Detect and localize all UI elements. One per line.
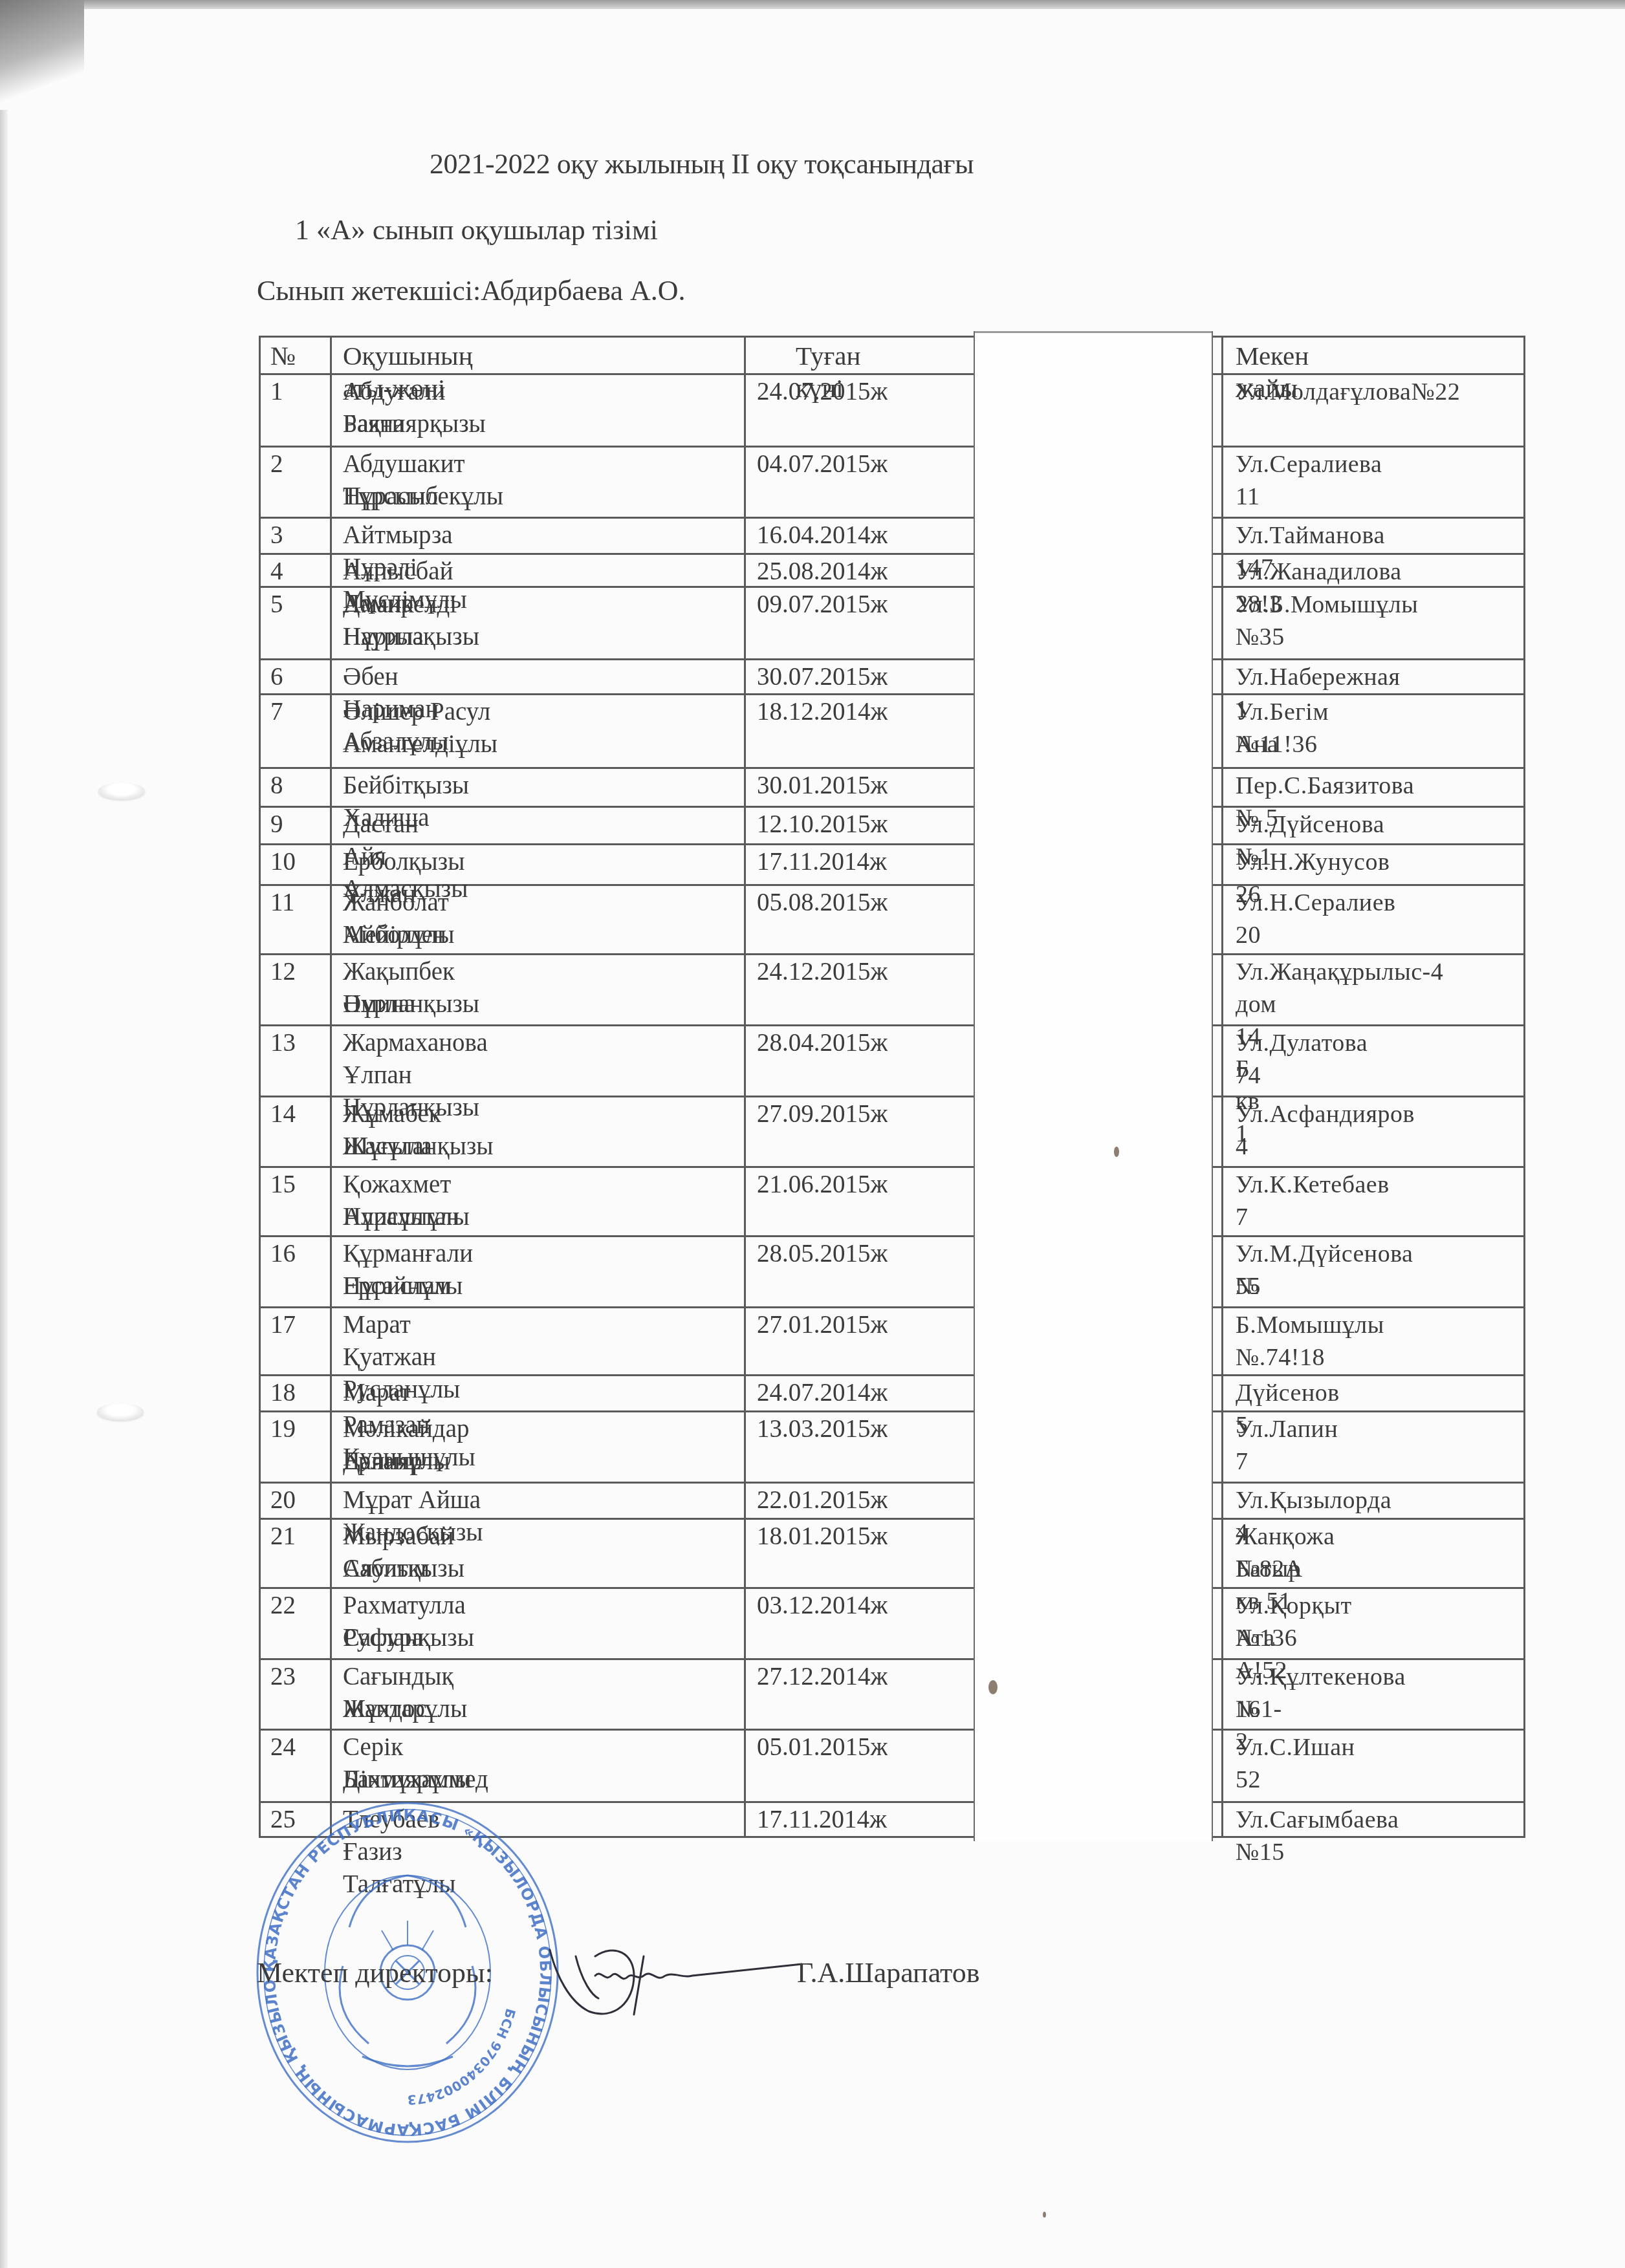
document-subtitle: 1 «А» сынып оқушылар тізімі (295, 213, 658, 246)
scan-edge-left (0, 110, 8, 2268)
row-number: 24 (270, 1731, 296, 1764)
row-number: 4 (270, 556, 283, 588)
student-name: Жасұланқызы (343, 1130, 494, 1163)
scan-speck (1043, 2212, 1046, 2218)
table-column-rule (1523, 336, 1525, 1838)
student-name: Бақтиярқызы (343, 408, 486, 440)
birth-date: 04.07.2015ж (757, 448, 888, 481)
home-address: Ул.Дулатова 74 (1236, 1027, 1368, 1092)
student-name: Наурызқызы (343, 621, 479, 653)
row-number: 21 (270, 1520, 296, 1553)
row-number: 15 (270, 1169, 296, 1201)
home-address: №11!36 (1236, 728, 1318, 761)
row-number: 13 (270, 1027, 296, 1059)
student-name: Ерсайнұлы (343, 1270, 463, 1302)
home-address: Ул.С.Ишан 52 (1236, 1731, 1355, 1796)
home-address: №.74!18 (1236, 1341, 1325, 1374)
table-header-number: № (270, 340, 296, 372)
student-name: Жармаханова (343, 1027, 488, 1059)
row-number: 14 (270, 1098, 296, 1130)
birth-date: 05.01.2015ж (757, 1731, 888, 1764)
student-name: Бахтиярұлы (343, 1764, 472, 1796)
birth-date: 16.04.2014ж (757, 519, 888, 552)
row-number: 7 (270, 696, 283, 728)
home-address: Ул.Н.Сералиев 20 (1236, 887, 1396, 951)
home-address: Ул.К.Кетебаев 7 (1236, 1169, 1390, 1233)
birth-date: 30.01.2015ж (757, 770, 888, 802)
home-address: Ул.Б.Момышұлы (1236, 589, 1418, 621)
birth-date: 18.01.2015ж (757, 1520, 888, 1553)
row-number: 11 (270, 887, 295, 919)
punch-hole (97, 1403, 144, 1420)
birth-date: 28.04.2015ж (757, 1027, 888, 1059)
row-number: 18 (270, 1377, 296, 1409)
student-name: Нұралыұлы (343, 1201, 470, 1233)
student-name: Ерланұлы (343, 1445, 450, 1478)
birth-date: 17.11.2014ж (757, 846, 887, 878)
birth-date: 25.08.2014ж (757, 556, 888, 588)
birth-date: 28.05.2015ж (757, 1238, 888, 1270)
punch-hole (98, 783, 145, 799)
home-address: Ул.Лапин 7 (1236, 1413, 1338, 1478)
signature-icon (530, 1930, 802, 2021)
birth-date: 13.03.2015ж (757, 1413, 888, 1445)
row-number: 3 (270, 519, 283, 552)
row-number: 19 (270, 1413, 296, 1445)
birth-date: 27.01.2015ж (757, 1309, 888, 1341)
class-teacher: Сынып жетекшісі:Абдирбаева А.О. (257, 274, 686, 307)
student-name: Айболұлы (343, 919, 455, 951)
student-name: Нұрланқызы (343, 988, 479, 1021)
birth-date: 24.12.2015ж (757, 956, 888, 988)
birth-date: 27.09.2015ж (757, 1098, 888, 1130)
row-number: 23 (270, 1661, 296, 1693)
birth-date: 18.12.2014ж (757, 696, 888, 728)
birth-date: 21.06.2015ж (757, 1169, 888, 1201)
folded-corner (0, 0, 84, 116)
home-address: Ул.М.Дүйсенова № (1236, 1238, 1413, 1302)
row-number: 16 (270, 1238, 296, 1270)
student-name: Мұхтарұлы (343, 1693, 467, 1725)
home-address: Ул.Сералиева 11 (1236, 448, 1382, 513)
row-number: 10 (270, 846, 296, 878)
student-name: Сабитқызы (343, 1553, 464, 1585)
home-address: Ул.Молдағұлова№22 (1236, 376, 1460, 408)
scan-speck (1114, 1147, 1119, 1157)
birth-date: 03.12.2014ж (757, 1590, 888, 1622)
row-number: 22 (270, 1590, 296, 1622)
scan-speck (988, 1680, 998, 1694)
director-name: Г.А.Шарапатов (797, 1956, 979, 1989)
scan-edge-top (0, 0, 1625, 9)
row-number: 1 (270, 376, 283, 408)
director-label: Мектеп директоры: (257, 1956, 493, 1989)
student-name: Тұрсынбекұлы (343, 481, 503, 513)
birth-date: 12.10.2015ж (757, 808, 888, 841)
birth-date: 27.12.2014ж (757, 1661, 888, 1693)
row-number: 5 (270, 589, 283, 621)
home-address: Б.Момышұлы (1236, 1309, 1384, 1341)
home-address: Ул.Сағымбаева №15 (1236, 1804, 1399, 1868)
home-address: Ул.Жаңақұрылыс-4 (1236, 956, 1443, 988)
row-number: 20 (270, 1484, 296, 1517)
home-address: №35 (1236, 621, 1285, 653)
row-number: 6 (270, 661, 283, 693)
birth-date: 24.07.2015ж (757, 376, 888, 408)
birth-date: 30.07.2015ж (757, 661, 888, 693)
row-number: 12 (270, 956, 296, 988)
row-number: 9 (270, 808, 283, 841)
birth-date: 17.11.2014ж (757, 1804, 887, 1836)
home-address: Ул.Асфандияров 4 (1236, 1098, 1415, 1163)
student-name: Русланқызы (343, 1622, 474, 1654)
birth-date: 24.07.2014ж (757, 1377, 888, 1409)
row-number: 2 (270, 448, 283, 481)
birth-date: 05.08.2015ж (757, 887, 888, 919)
birth-date: 22.01.2015ж (757, 1484, 888, 1517)
home-address: 55 (1236, 1270, 1261, 1302)
student-name: Әлішер Расул Амангелдіұлы (343, 696, 497, 761)
document-title: 2021-2022 оқу жылының ІІ оқу тоқсанындағ… (430, 147, 974, 180)
row-number: 17 (270, 1309, 296, 1341)
table-rule (259, 336, 1525, 338)
row-number: 8 (270, 770, 283, 802)
birth-date: 09.07.2015ж (757, 589, 888, 621)
redaction-strip (974, 331, 1213, 1841)
